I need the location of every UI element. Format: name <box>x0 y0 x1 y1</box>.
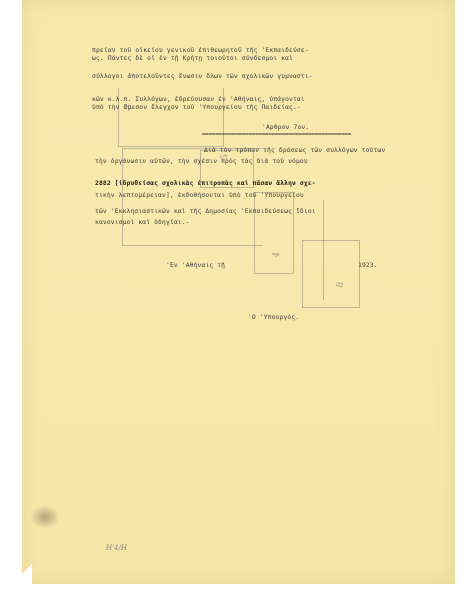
text-line: ὑπὸ τὴν ἄμεσον ἔλεγχον τοῦ 'Υπουργείου τ… <box>92 104 301 111</box>
pencil-box <box>322 200 324 300</box>
document-page: 3 5 4 8 πρείαν τοῦ οἰκείου γενικοῦ ἐπιθε… <box>22 0 455 584</box>
archive-note: Η'4/Η <box>106 544 127 552</box>
text-line: κανονισμοὶ καὶ ὁδηγίαι.- <box>95 219 190 226</box>
text-line: τὴν ὀργάνωσιν αὐτῶν, τὴν σχέσιν πρὸς τὰς… <box>95 158 308 165</box>
text-line: κῶν κ.λ.π. Συλλόγων, ἑδρεύουσαν ἐν 'Αθήν… <box>92 96 305 103</box>
date-year: 1923. <box>358 262 378 269</box>
text-line: τῶν 'Εκκλησιαστικῶν καὶ τῆς Δημοσίας 'Εκ… <box>95 208 316 215</box>
pencil-box <box>302 240 360 308</box>
text-line: πρείαν τοῦ οἰκείου γενικοῦ ἐπιθεωρητοῦ τ… <box>92 47 309 54</box>
stain-mark <box>30 505 60 529</box>
text-line: σύλλογοι ἀποτελοῦντες ἕνωσιν ὅλων τῶν σχ… <box>92 73 313 80</box>
article-underline: ========================================… <box>202 131 351 138</box>
pencil-box <box>254 192 294 274</box>
text-line: ως. Πάντες δὲ οἱ ἐν τῇ Κρήτῃ τοιοῦτοι σύ… <box>92 55 293 62</box>
place-date: 'Εν 'Αθήναις τῇ <box>166 262 225 269</box>
signature: 'Ο 'Υπουργός. <box>248 314 299 321</box>
article-heading: 'Αρθρον 7ον. <box>262 124 309 131</box>
text-line: τικὴν λεπτομέρειαν], ἐκδοθήσονται ὑπὸ το… <box>95 192 304 199</box>
text-line: Διὰ τὸν τρόπον τῆς δράσεως τῶν συλλόγων … <box>204 147 385 154</box>
text-line: 2882 [ἱδρυθείσας σχολικὰς ἐπιτροπὰς καὶ … <box>95 180 316 187</box>
